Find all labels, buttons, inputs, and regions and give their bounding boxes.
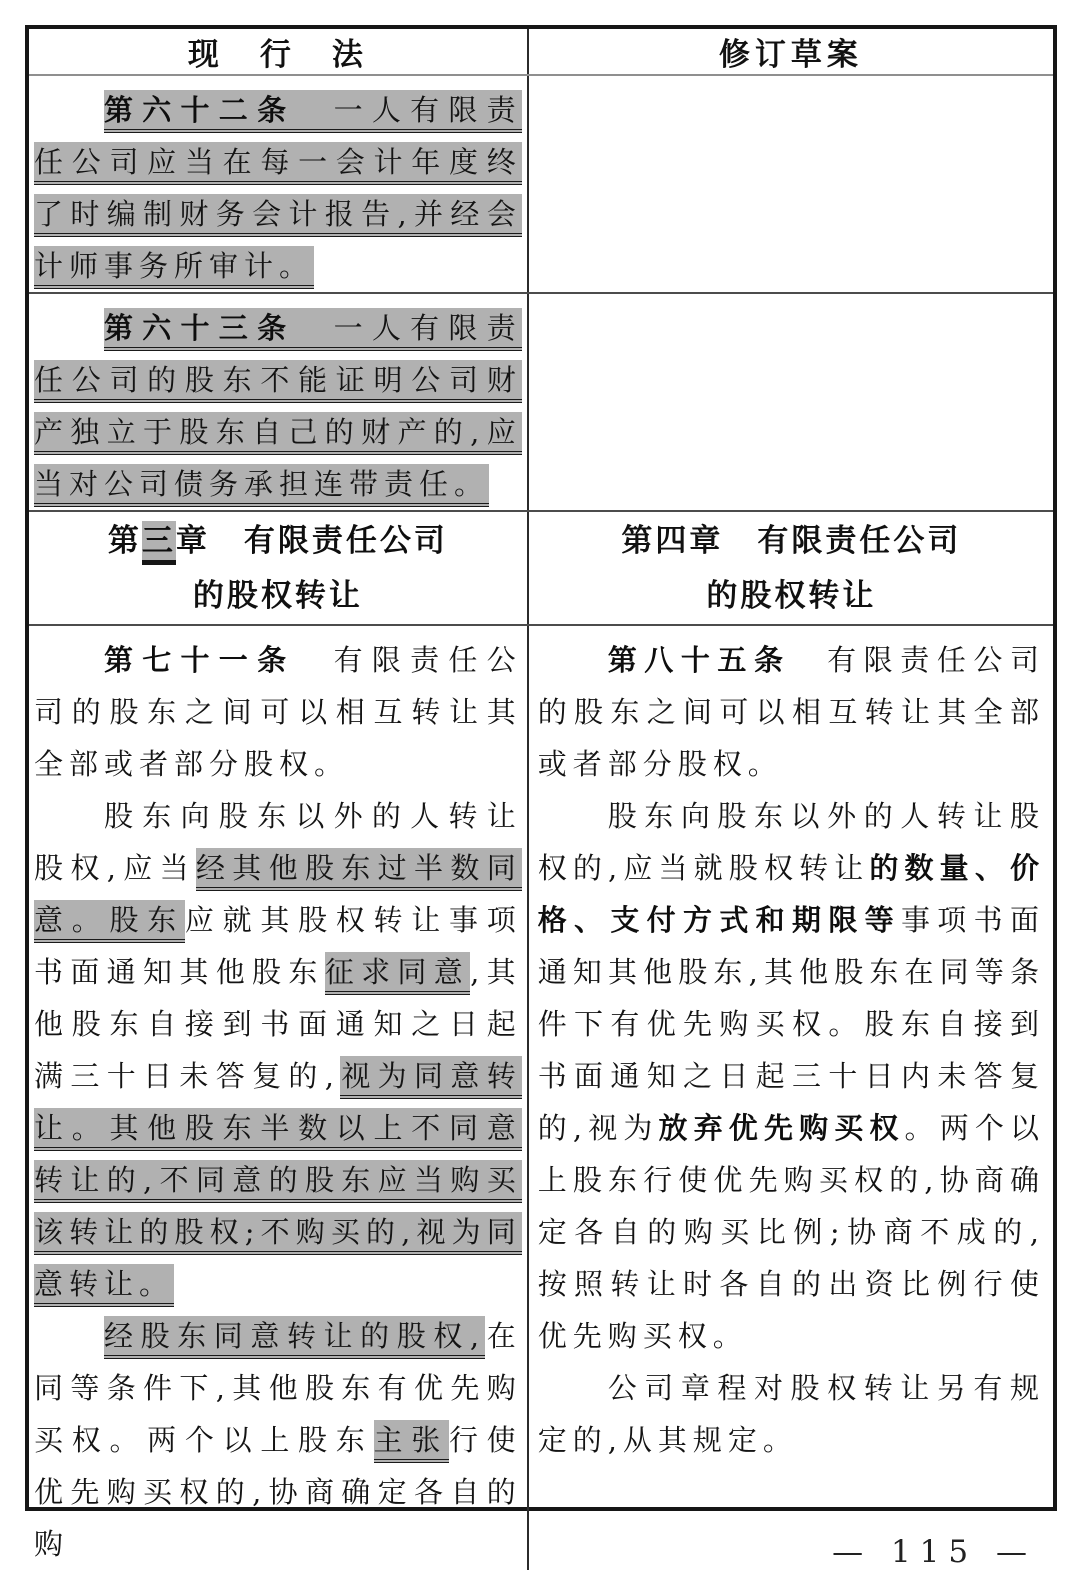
row-article-71-85: 第七十一条 有限责任公司的股东之间可以相互转让其全部或者部分股权。 股东向股东以…	[29, 624, 1053, 1570]
article-85-paragraph-1: 第八十五条 有限责任公司的股东之间可以相互转让其全部或者部分股权。	[538, 634, 1045, 790]
law-comparison-table: 现 行 法 修订草案 第六十二条 一人有限责任公司应当在每一会计年度终了时编制财…	[25, 25, 1057, 1511]
article-62-text: 第六十二条 一人有限责任公司应当在每一会计年度终了时编制财务会计报告,并经会计师…	[34, 84, 522, 292]
table-header-row: 现 行 法 修订草案	[29, 29, 1053, 76]
chapter-4-title-line1: 第四章 有限责任公司	[621, 514, 961, 569]
header-cell-current-law: 现 行 法	[29, 29, 529, 74]
article-62-draft-cell-empty	[529, 76, 1053, 292]
header-cell-revised-draft: 修订草案	[529, 29, 1053, 74]
article-63-draft-cell-empty	[529, 294, 1053, 510]
row-chapter-heading: 第三章 有限责任公司 的股权转让 第四章 有限责任公司 的股权转让	[29, 510, 1053, 624]
article-63-text: 第六十三条 一人有限责任公司的股东不能证明公司财产独立于股东自己的财产的,应当对…	[34, 302, 522, 510]
article-85-paragraph-3: 公司章程对股权转让另有规定的,从其规定。	[538, 1362, 1045, 1466]
article-62-current-cell: 第六十二条 一人有限责任公司应当在每一会计年度终了时编制财务会计报告,并经会计师…	[29, 76, 529, 292]
row-article-62: 第六十二条 一人有限责任公司应当在每一会计年度终了时编制财务会计报告,并经会计师…	[29, 76, 1053, 292]
chapter-4-title-line2: 的股权转让	[706, 569, 876, 624]
chapter-3-heading-cell: 第三章 有限责任公司 的股权转让	[29, 512, 529, 624]
article-71-paragraph-2: 股东向股东以外的人转让股权,应当经其他股东过半数同意。股东应就其股权转让事项书面…	[34, 790, 522, 1310]
document-page: { "colors": { "highlight": "#b1b1b1", "t…	[0, 0, 1080, 1596]
article-71-paragraph-1: 第七十一条 有限责任公司的股东之间可以相互转让其全部或者部分股权。	[34, 634, 522, 790]
chapter-4-heading-cell: 第四章 有限责任公司 的股权转让	[529, 512, 1053, 624]
article-71-paragraph-3: 经股东同意转让的股权,在同等条件下,其他股东有优先购买权。两个以上股东主张行使优…	[34, 1310, 522, 1570]
revised-draft-title: 修订草案	[719, 29, 863, 74]
article-85-draft-cell: 第八十五条 有限责任公司的股东之间可以相互转让其全部或者部分股权。 股东向股东以…	[529, 626, 1053, 1570]
article-71-current-cell: 第七十一条 有限责任公司的股东之间可以相互转让其全部或者部分股权。 股东向股东以…	[29, 626, 529, 1570]
row-article-63: 第六十三条 一人有限责任公司的股东不能证明公司财产独立于股东自己的财产的,应当对…	[29, 292, 1053, 510]
article-63-current-cell: 第六十三条 一人有限责任公司的股东不能证明公司财产独立于股东自己的财产的,应当对…	[29, 294, 529, 510]
chapter-3-title-line1: 第三章 有限责任公司	[108, 514, 448, 569]
page-number: — 115 —	[832, 1534, 1036, 1570]
article-85-paragraph-2: 股东向股东以外的人转让股权的,应当就股权转让的数量、价格、支付方式和期限等事项书…	[538, 790, 1045, 1362]
chapter-3-title-line2: 的股权转让	[193, 569, 363, 624]
current-law-title: 现 行 法	[188, 29, 368, 74]
